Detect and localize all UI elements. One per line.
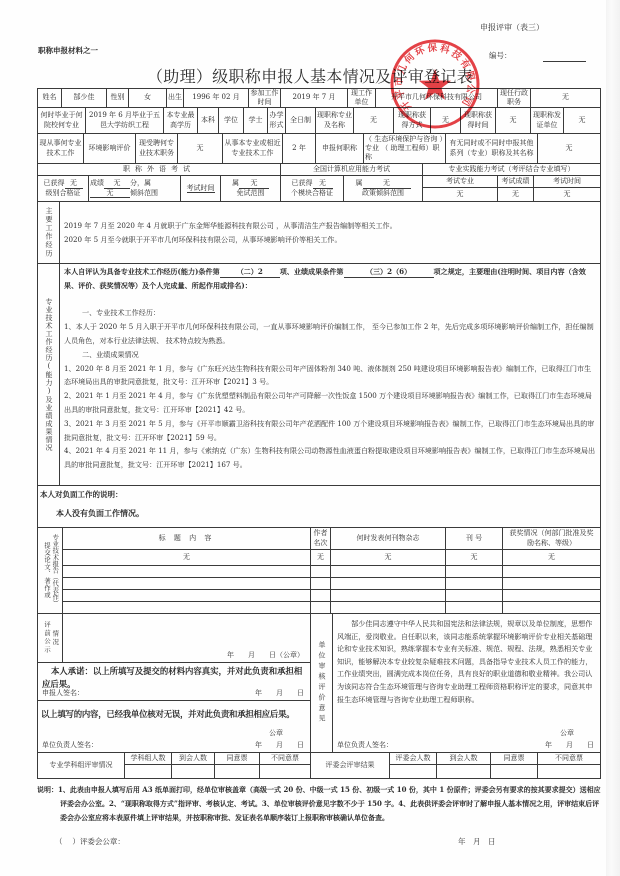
subject-group-members-value bbox=[125, 765, 172, 778]
unit-confirmation-content: 以上填写的内容，已经我单位核对无误，并对此负责和承担相应后果。 公章 单位负责人… bbox=[38, 701, 311, 752]
other-apply-value: 无 bbox=[538, 134, 601, 163]
achievements-content: 本人自评认为具备专业技术工作经历(能力)条件第（二）2项、业绩成果条件第（三）2… bbox=[60, 264, 601, 485]
study-mode-value: 全日制 bbox=[286, 108, 316, 133]
computer-policy-suffix: 政策倾斜范围 bbox=[362, 189, 404, 198]
papers-label-line2: 专业技术报告（代表作） bbox=[51, 534, 57, 607]
foreign-cert: 已获得无级别合格证 bbox=[38, 176, 89, 201]
foreign-cert-prefix: 已获得 bbox=[44, 179, 65, 188]
applicant-signature-label: 申报人签名： bbox=[42, 688, 84, 698]
unit-confirmation-text: 以上填写的内容，已经我单位核对无误，并对此负责和承担相应后果。 bbox=[41, 708, 307, 721]
name-value: 郜少佳 bbox=[62, 89, 107, 107]
unit-head-signature-label: 单位负责人签名： bbox=[42, 740, 98, 750]
graduation-value: 2019 年 6 月毕业于五邑大学纺织工程 bbox=[86, 108, 164, 133]
commitment-date: 年 月 日 bbox=[255, 688, 304, 698]
foreign-score: 成绩无分，属无倾斜范围 bbox=[89, 176, 181, 201]
unit-review-signature-label: 单位负责人签名： bbox=[337, 740, 393, 750]
current-title-label: 现职称专业及名称 bbox=[316, 108, 354, 133]
birth-label: 出生 bbox=[167, 89, 184, 107]
subject-group-reject-value bbox=[260, 765, 311, 778]
committee-stamp-date: 年 月 日 bbox=[458, 836, 496, 847]
papers-table: 标 题 内 容 作者名次 何时发表何刊物杂志 刊 号 获奖情况（何部门批准及奖励… bbox=[63, 528, 601, 613]
subject-group-attendance-value bbox=[172, 765, 215, 778]
public-notice-content: 年 月 日（公章） bbox=[63, 614, 311, 662]
practice-subject-value: 无 bbox=[423, 188, 498, 201]
serial-number-label: 编号： bbox=[489, 50, 512, 61]
papers-col-issue: 刊 号 bbox=[446, 528, 503, 549]
paper-journal-cell bbox=[331, 602, 446, 613]
education-value: 本科 bbox=[198, 108, 219, 133]
foreign-cert-suffix: 级别合格证 bbox=[46, 189, 81, 198]
table-row bbox=[63, 602, 601, 613]
star-icon bbox=[419, 69, 451, 100]
employer-label: 现工作单位 bbox=[348, 89, 376, 107]
negative-record-text: 本人没有负面工作情况。 bbox=[40, 508, 598, 519]
subject-group-members-label: 学科组人数 bbox=[125, 753, 172, 764]
papers-col-journal: 何时发表何刊物杂志 bbox=[331, 528, 446, 549]
serial-number-field bbox=[543, 61, 586, 62]
achievement-item: 2、2021 年 1 月至 2021 年 4 月，参与《广东优塑塑料制品有限公司… bbox=[64, 389, 596, 417]
negative-record-content: 本人对负面工作的说明： 本人没有负面工作情况。 bbox=[38, 486, 601, 527]
form-code: 申报评审（表三） bbox=[480, 22, 544, 33]
current-work-value: 环境影响评价 bbox=[84, 134, 136, 163]
subject-group-approve-label: 同意票 bbox=[215, 753, 260, 764]
papers-col-awards: 获奖情况（何部门批准及奖励名称、等级） bbox=[503, 528, 601, 549]
paper-issue-cell bbox=[446, 566, 503, 577]
years-value: 2 年 bbox=[283, 134, 316, 163]
table-row: 无 无 无 无 无 bbox=[63, 550, 601, 566]
paper-journal-cell bbox=[331, 578, 446, 589]
paper-issue-cell: 无 bbox=[446, 550, 503, 565]
table-row bbox=[63, 590, 601, 602]
unit-confirmation-stamp: 公章 bbox=[269, 728, 283, 738]
foreign-exam-time-label: 考试时间 bbox=[187, 184, 215, 193]
computer-policy: 属无政策倾斜范围 bbox=[344, 176, 423, 201]
public-notice-label-cell: 评前公示 情况 bbox=[38, 614, 63, 662]
subject-group-reject: 不同意票 bbox=[260, 753, 311, 778]
achievement-item: 4、2021 年 4 月至 2021 年 11 月，参与《索纳克（广东）生物科技… bbox=[64, 444, 596, 472]
unit-review-label: 单位审核评价意见 bbox=[318, 641, 325, 725]
work-history-label-cell: 主要工作经历 bbox=[38, 202, 60, 263]
foreign-score-range: 无 bbox=[90, 189, 130, 198]
committee-reject: 不同意票 bbox=[538, 753, 601, 778]
condition-experience: （二）2 bbox=[220, 268, 280, 278]
hired-post-label: 现受聘何专业技术职务 bbox=[136, 134, 178, 163]
title-issuer-label: 现职称发证单位 bbox=[531, 108, 564, 133]
unit-confirmation-date: 年 月 日 bbox=[255, 740, 304, 750]
paper-title-cell bbox=[63, 590, 311, 601]
education-label: 本专业最高学历 bbox=[164, 108, 198, 133]
paper-awards-cell bbox=[503, 602, 601, 613]
foreign-exempt-suffix: 免试范围 bbox=[237, 189, 265, 198]
apply-title-value: （ 生态环境保护与咨询 ）专业 （ 助理工程师）职称 bbox=[364, 134, 446, 163]
paper-awards-cell bbox=[503, 590, 601, 601]
foreign-score-mid: 分，属 bbox=[130, 179, 151, 188]
negative-record-row: 本人对负面工作的说明： 本人没有负面工作情况。 bbox=[37, 486, 601, 528]
intro-mid: 项、业绩成果条件第 bbox=[280, 267, 344, 276]
admin-post-label: 现任行政职务 bbox=[498, 89, 531, 107]
exam-header-row: 职称外语考试 全国计算机应用能力考试 专业实践能力考试（考评结合专业填写） bbox=[37, 164, 601, 176]
negative-record-label: 本人对负面工作的说明： bbox=[40, 489, 598, 500]
practice-exam-header: 专业实践能力考试（考评结合专业填写） bbox=[423, 164, 601, 175]
committee-members-label: 评委会人数 bbox=[390, 753, 437, 764]
practice-exam-columns: 考试专业 考试成绩 考试时间 bbox=[423, 176, 601, 188]
paper-issue-cell bbox=[446, 590, 503, 601]
unit-confirmation-section: 以上填写的内容，已经我单位核对无误，并对此负责和承担相应后果。 公章 单位负责人… bbox=[38, 701, 311, 752]
paper-rank-cell bbox=[311, 590, 331, 601]
work-history-content: 2019 年 7 月至 2020 年 4 月就职于广东金辉华能源科技有限公司 ，… bbox=[60, 202, 601, 263]
practice-score-value: 无 bbox=[498, 188, 534, 201]
material-label: 职称申报材料之一 bbox=[38, 45, 98, 56]
work-history-label: 主要工作经历 bbox=[45, 207, 52, 258]
computer-cert: 已获得无个模块合格证 bbox=[281, 176, 344, 201]
computer-cert-suffix: 个模块合格证 bbox=[291, 189, 333, 198]
papers-header: 标 题 内 容 作者名次 何时发表何刊物杂志 刊 号 获奖情况（何部门批准及奖励… bbox=[63, 528, 601, 550]
scan-edge bbox=[606, 0, 620, 876]
self-assessment-statement: 本人自评认为具备专业技术工作经历(能力)条件第（二）2项、业绩成果条件第（三）2… bbox=[64, 265, 596, 293]
foreign-exempt-prefix: 属 bbox=[232, 179, 239, 188]
work-history-row: 主要工作经历 2019 年 7 月至 2020 年 4 月就职于广东金辉华能源科… bbox=[37, 202, 601, 264]
paper-issue-cell bbox=[446, 602, 503, 613]
paper-title-cell bbox=[63, 578, 311, 589]
public-notice-section: 评前公示 情况 年 月 日（公章） bbox=[38, 614, 311, 663]
paper-rank-cell bbox=[311, 578, 331, 589]
commitment-content: 本人承诺：以上所填写及提交的材料内容真实，并对此负责和承担相应后果。 申报人签名… bbox=[38, 663, 311, 700]
subject-group-approve-value bbox=[215, 765, 260, 778]
unit-review-stamp: 公章 bbox=[560, 728, 574, 738]
public-notice-date-stamp: 年 月 日（公章） bbox=[227, 650, 304, 660]
gender-label: 性别 bbox=[107, 89, 129, 107]
birth-value: 1996 年 02 月 bbox=[184, 89, 249, 107]
section1-heading: 一、专业技术工作经历： bbox=[64, 306, 596, 320]
degree-label: 学位 bbox=[219, 108, 244, 133]
years-label: 从事本专业或相近专业技术工作 bbox=[223, 134, 283, 163]
work-start-label: 参加工作时间 bbox=[249, 89, 281, 107]
practice-exam-values: 无 无 无 bbox=[423, 188, 601, 201]
unit-review-label-cell: 单位审核评价意见 bbox=[311, 614, 333, 752]
instructions-notes: 说明：1、此表由申报人填写后用 A3 纸单面打印，经单位审核盖章（高级一式 20… bbox=[37, 783, 603, 825]
paper-awards-cell bbox=[503, 578, 601, 589]
committee-members-value bbox=[390, 765, 437, 778]
gender-value: 女 bbox=[129, 89, 167, 107]
page-title: （助理）级职称申报人基本情况及评审登记表 bbox=[0, 64, 620, 87]
achievement-item: 3、2021 年 3 月至 2021 年 5 月，参与《开平市顺霸卫浴科技有限公… bbox=[64, 417, 596, 445]
foreign-score-suffix: 倾斜范围 bbox=[130, 189, 158, 198]
left-review-column: 评前公示 情况 年 月 日（公章） 本人承诺：以上所填写及提交的材料内容真实，并… bbox=[38, 614, 311, 752]
name-label: 姓名 bbox=[38, 89, 62, 107]
current-work-label: 现从事何专业技术工作 bbox=[38, 134, 84, 163]
committee-approve: 同意票 bbox=[491, 753, 538, 778]
achievements-label-cell: 专业技术工作经历(能力)及业绩成果情况 bbox=[38, 264, 60, 485]
title-date-value: 无 bbox=[496, 108, 531, 133]
paper-title-cell bbox=[63, 602, 311, 613]
committee-approve-value bbox=[491, 765, 538, 778]
papers-label-cell: 提交论文、著作或 专业技术报告（代表作） bbox=[38, 528, 63, 613]
review-results-row: 专业学科组评审情况 学科组人数 到会人数 同意票 不同意票 评委会评审结果 评委… bbox=[37, 753, 601, 779]
hired-post-value: 无 bbox=[178, 134, 223, 163]
intro-prefix: 本人自评认为具备专业技术工作经历(能力)条件第 bbox=[64, 267, 220, 276]
section2-heading: 二、业绩成果情况 bbox=[64, 348, 596, 362]
paper-title-cell bbox=[63, 566, 311, 577]
review-block-row: 评前公示 情况 年 月 日（公章） 本人承诺：以上所填写及提交的材料内容真实，并… bbox=[37, 614, 601, 753]
work-start-value: 2019 年 7 月 bbox=[281, 89, 348, 107]
papers-label-line1: 提交论文、著作或 bbox=[43, 542, 49, 599]
public-notice-label-line2: 情况 bbox=[51, 630, 57, 647]
paper-rank-cell bbox=[311, 602, 331, 613]
achievements-row: 专业技术工作经历(能力)及业绩成果情况 本人自评认为具备专业技术工作经历(能力)… bbox=[37, 264, 601, 486]
computer-cert-value: 无 bbox=[313, 179, 333, 188]
foreign-exam-header: 职称外语考试 bbox=[38, 164, 281, 175]
section1-text: 1、本人于 2020 年 5 月入职于开平市几何环保科技有限公司，一直从事环境影… bbox=[64, 320, 596, 348]
papers-row: 提交论文、著作或 专业技术报告（代表作） 标 题 内 容 作者名次 何时发表何刊… bbox=[37, 528, 601, 614]
practice-exam-table: 考试专业 考试成绩 考试时间 无 无 无 bbox=[423, 176, 601, 201]
paper-title-cell: 无 bbox=[63, 550, 311, 565]
committee-reject-label: 不同意票 bbox=[538, 753, 601, 764]
paper-journal-cell bbox=[331, 590, 446, 601]
committee-attendance-value bbox=[437, 765, 491, 778]
foreign-cert-value: 无 bbox=[65, 179, 83, 188]
practice-time-value: 无 bbox=[534, 188, 601, 201]
papers-col-author-rank: 作者名次 bbox=[311, 528, 331, 549]
foreign-exempt: 属无免试范围 bbox=[221, 176, 281, 201]
registration-form-page: 申报评审（表三） 职称申报材料之一 编号： （助理）级职称申报人基本情况及评审登… bbox=[0, 0, 620, 876]
computer-policy-prefix: 属 bbox=[356, 179, 363, 188]
other-apply-label: 有无同时或不同时申报其他系列（专业）职称及其名称 bbox=[446, 134, 538, 163]
achievement-item: 1、2020 年 8 月至 2021 年 1 月，参与《广东旺兴达生物科技有限公… bbox=[64, 362, 596, 390]
graduation-label: 何时毕业于何院校何专业 bbox=[38, 108, 86, 133]
practice-col-subject: 考试专业 bbox=[423, 176, 498, 187]
practice-col-time: 考试时间 bbox=[534, 176, 601, 187]
committee-stamp-label: （ ）评委会公章： bbox=[55, 836, 125, 847]
foreign-score-prefix: 成绩 bbox=[90, 179, 104, 188]
subject-group-attendance-label: 到会人数 bbox=[172, 753, 215, 764]
paper-journal-cell bbox=[331, 566, 446, 577]
subject-group-attendance: 到会人数 bbox=[172, 753, 215, 778]
basic-info-row-1: 姓名 郜少佳 性别 女 出生 1996 年 02 月 参加工作时间 2019 年… bbox=[37, 89, 601, 108]
paper-awards-cell bbox=[503, 566, 601, 577]
commitment-section: 本人承诺：以上所填写及提交的材料内容真实，并对此负责和承担相应后果。 申报人签名… bbox=[38, 663, 311, 701]
foreign-score-value: 无 bbox=[104, 179, 130, 188]
company-seal: 开平市几何环保科技有限公司 bbox=[388, 37, 482, 131]
public-notice-label-line1: 评前公示 bbox=[43, 621, 49, 654]
table-row bbox=[63, 578, 601, 590]
admin-post-value: 无 bbox=[531, 89, 601, 107]
basic-info-row-3: 现从事何专业技术工作 环境影响评价 现受聘何专业技术职务 无 从事本专业或相近专… bbox=[37, 134, 601, 164]
table-row bbox=[63, 566, 601, 578]
committee-result-label: 评委会评审结果 bbox=[311, 753, 390, 778]
committee-approve-label: 同意票 bbox=[491, 753, 538, 764]
condition-results: （三）2（6） bbox=[344, 268, 434, 278]
exam-detail-row: 已获得无级别合格证 成绩无分，属无倾斜范围 考试时间 属无免试范围 已获得无个模… bbox=[37, 176, 601, 202]
practice-col-score: 考试成绩 bbox=[498, 176, 534, 187]
computer-policy-value: 无 bbox=[363, 179, 411, 188]
title-issuer-value: 无 bbox=[564, 108, 601, 133]
subject-group-label: 专业学科组评审情况 bbox=[38, 753, 125, 778]
basic-info-row-2: 何时毕业于何院校何专业 2019 年 6 月毕业于五邑大学纺织工程 本专业最高学… bbox=[37, 108, 601, 134]
work-history-line: 2019 年 7 月至 2020 年 4 月就职于广东金辉华能源科技有限公司 ，… bbox=[64, 219, 596, 233]
papers-col-title: 标 题 内 容 bbox=[63, 528, 311, 549]
paper-rank-cell bbox=[311, 566, 331, 577]
committee-members: 评委会人数 bbox=[390, 753, 437, 778]
subject-group-reject-label: 不同意票 bbox=[260, 753, 311, 764]
unit-review-content: 郜少佳同志遵守中华人民共和国宪法和法律法规，规章以及单位制度，思想作风端正，爱岗… bbox=[333, 614, 601, 752]
paper-issue-cell bbox=[446, 578, 503, 589]
achievements-label: 专业技术工作经历(能力)及业绩成果情况 bbox=[45, 298, 52, 452]
degree-value: 学士 bbox=[244, 108, 268, 133]
subject-group-members: 学科组人数 bbox=[125, 753, 172, 778]
paper-journal-cell: 无 bbox=[331, 550, 446, 565]
unit-review-text: 郜少佳同志遵守中华人民共和国宪法和法律法规，规章以及单位制度，思想作风端正，爱岗… bbox=[333, 614, 600, 710]
committee-attendance: 到会人数 bbox=[437, 753, 491, 778]
foreign-exempt-value: 无 bbox=[239, 179, 269, 188]
foreign-exam-time: 考试时间 bbox=[181, 176, 221, 201]
subject-group-approve: 同意票 bbox=[215, 753, 260, 778]
work-history-line: 2020 年 5 月至今就职于开平市几何环保科技有限公司，从事环境影响评价等相关… bbox=[64, 233, 596, 247]
unit-review-date: 年 月 日 bbox=[545, 740, 594, 750]
study-mode-label: 办学形式 bbox=[268, 108, 286, 133]
computer-cert-prefix: 已获得 bbox=[292, 179, 313, 188]
committee-attendance-label: 到会人数 bbox=[437, 753, 491, 764]
paper-rank-cell: 无 bbox=[311, 550, 331, 565]
computer-exam-header: 全国计算机应用能力考试 bbox=[281, 164, 423, 175]
paper-awards-cell: 无 bbox=[503, 550, 601, 565]
apply-title-label: 申报何职称 bbox=[316, 134, 364, 163]
committee-reject-value bbox=[538, 765, 601, 778]
